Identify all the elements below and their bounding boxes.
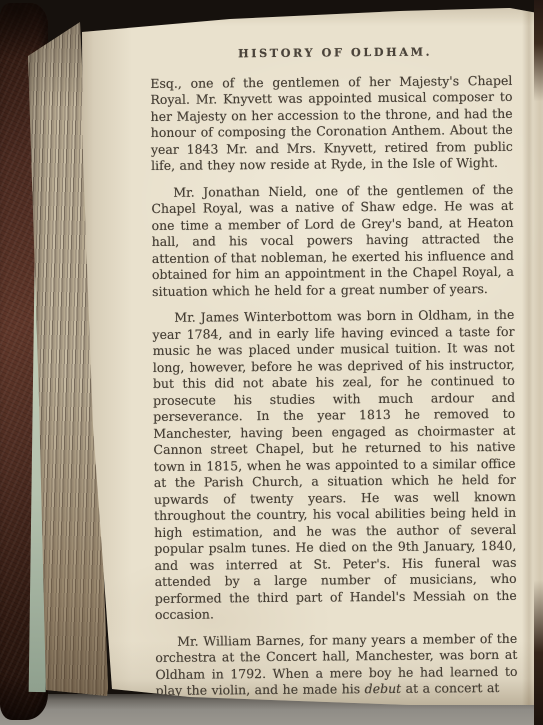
- paragraph-knyvett: Esq., one of the gentlemen of her Majest…: [150, 72, 513, 174]
- paragraph-james-winterbottom: Mr. James Winterbottom was born in Oldha…: [152, 307, 517, 624]
- book-photo: HISTORY OF OLDHAM. Esq., one of the gent…: [0, 0, 543, 725]
- running-header: HISTORY OF OLDHAM.: [154, 43, 516, 63]
- italic-word-debut: debut: [365, 681, 402, 696]
- paragraph-jonathan-nield: Mr. Jonathan Nield, one of the gentlemen…: [151, 181, 514, 300]
- paragraph-william-barnes: Mr. William Barnes, for many years a mem…: [155, 630, 518, 699]
- printed-text-block: HISTORY OF OLDHAM. Esq., one of the gent…: [150, 43, 518, 725]
- paragraph-william-barnes-text-cont: at a concert at: [401, 680, 499, 696]
- book-page: HISTORY OF OLDHAM. Esq., one of the gent…: [70, 6, 543, 705]
